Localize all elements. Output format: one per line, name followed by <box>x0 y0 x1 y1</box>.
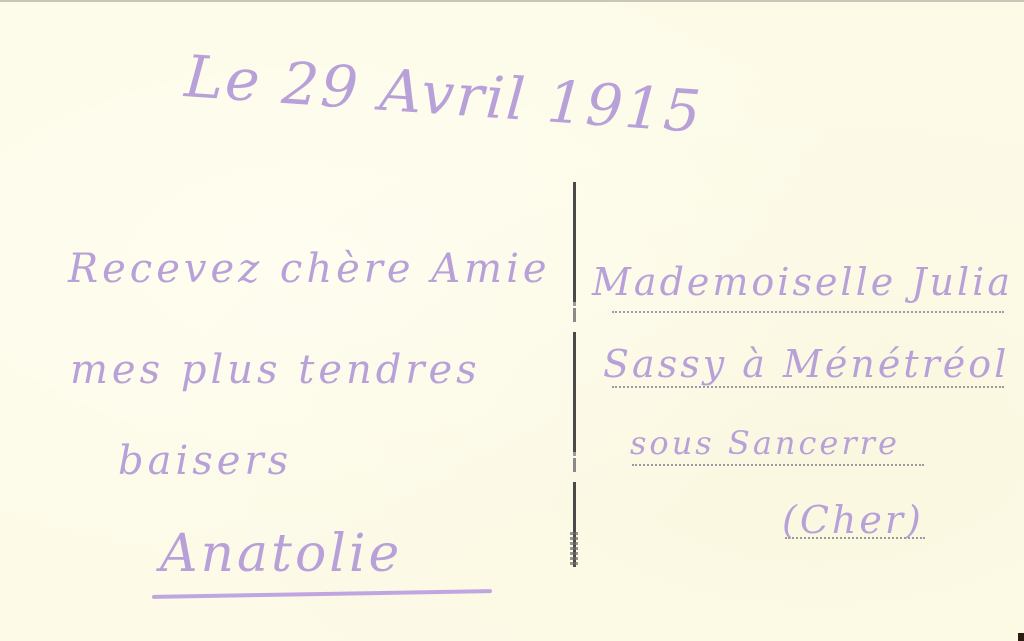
postcard-back: Le 29 Avril 1915 Recevez chère Amie mes … <box>0 0 1024 641</box>
address-town: sous Sancerre <box>630 424 900 462</box>
message-line-1: Recevez chère Amie <box>68 246 551 292</box>
message-line-2: mes plus tendres <box>70 347 481 393</box>
address-locality: Sassy à Ménétréol <box>603 342 1009 386</box>
signature-flourish <box>152 589 492 599</box>
address-recipient: Mademoiselle Julia <box>592 260 1013 304</box>
signature: Anatolie <box>160 524 402 584</box>
handwritten-date: Le 29 Avril 1915 <box>183 42 705 146</box>
address-dotted-line-2 <box>612 386 1004 388</box>
printer-imprint-mark <box>570 532 578 566</box>
message-line-3: baisers <box>118 438 292 484</box>
address-dotted-line-3 <box>632 464 924 466</box>
center-divider-line <box>573 182 576 567</box>
address-dotted-line-1 <box>612 311 1004 313</box>
card-corner-shadow <box>1018 633 1024 641</box>
address-department: (Cher) <box>782 498 924 542</box>
